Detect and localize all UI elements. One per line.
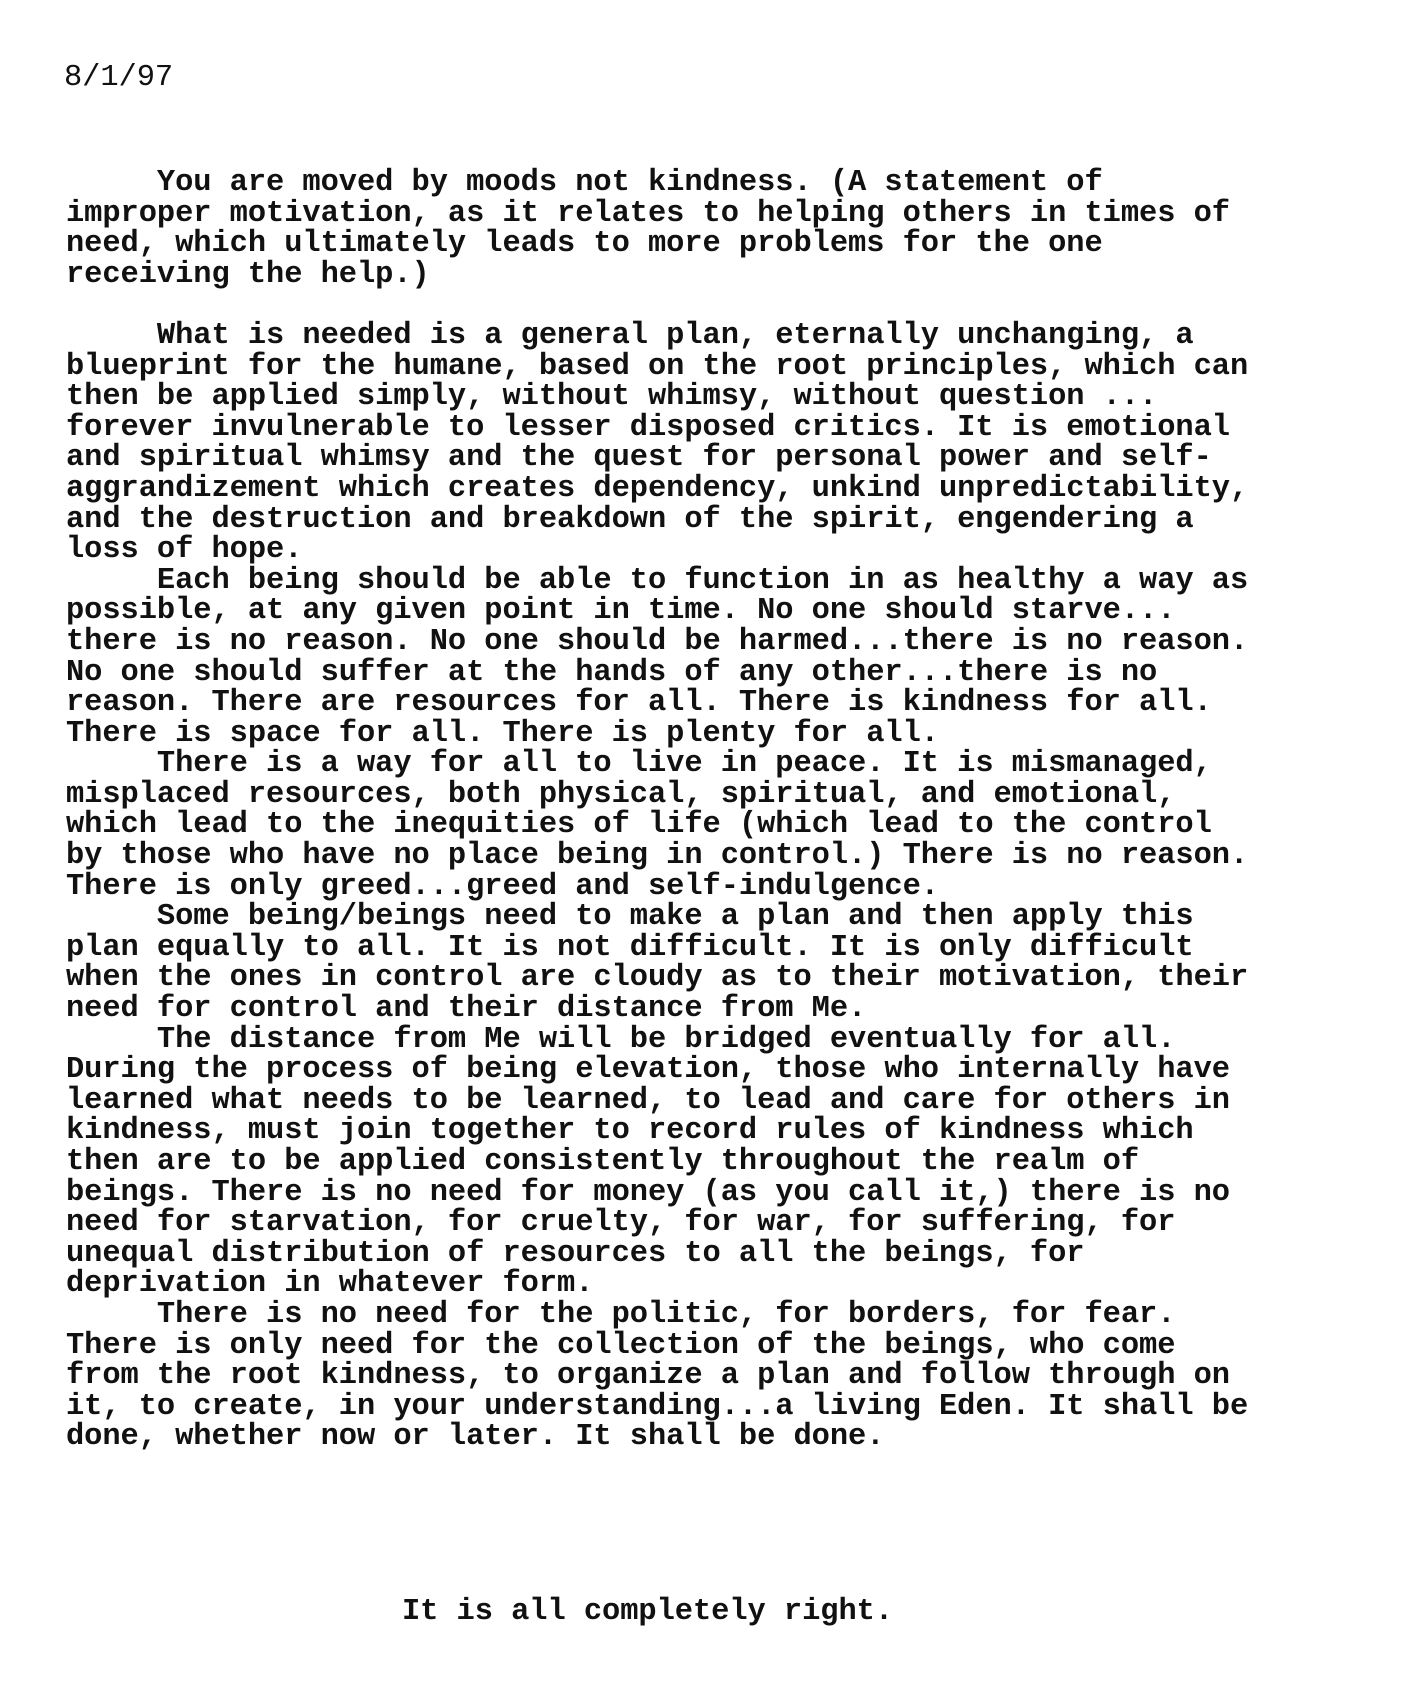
text-line: There is space for all. There is plenty … [66,719,1406,750]
text-line: improper motivation, as it relates to he… [66,199,1406,230]
text-line: You are moved by moods not kindness. (A … [66,168,1406,199]
text-line: The distance from Me will be bridged eve… [66,1025,1406,1056]
text-line: need for control and their distance from… [66,994,1406,1025]
text-line: and the destruction and breakdown of the… [66,505,1406,536]
paragraph: Some being/beings need to make a plan an… [66,902,1406,1024]
text-line: deprivation in whatever form. [66,1269,1406,1300]
text-line: possible, at any given point in time. No… [66,596,1406,627]
text-line: when the ones in control are cloudy as t… [66,963,1406,994]
text-line: need for starvation, for cruelty, for wa… [66,1208,1406,1239]
text-line: then be applied simply, without whimsy, … [66,382,1406,413]
text-line: receiving the help.) [66,260,1406,291]
text-line: forever invulnerable to lesser disposed … [66,413,1406,444]
text-line: There is only need for the collection of… [66,1331,1406,1362]
paragraph: There is a way for all to live in peace.… [66,749,1406,902]
document-date: 8/1/97 [64,60,173,96]
text-line: aggrandizement which creates dependency,… [66,474,1406,505]
text-line: blueprint for the humane, based on the r… [66,352,1406,383]
text-line: reason. There are resources for all. The… [66,688,1406,719]
text-line: During the process of being elevation, t… [66,1055,1406,1086]
text-line: then are to be applied consistently thro… [66,1147,1406,1178]
paragraph: You are moved by moods not kindness. (A … [66,168,1406,290]
paragraph: What is needed is a general plan, eterna… [66,321,1406,566]
paragraph-gap [66,290,1406,321]
text-line: beings. There is no need for money (as y… [66,1178,1406,1209]
text-line: done, whether now or later. It shall be … [66,1422,1406,1453]
text-line: which lead to the inequities of life (wh… [66,810,1406,841]
closing-statement: It is all completely right. [402,1594,893,1630]
text-line: misplaced resources, both physical, spir… [66,780,1406,811]
text-line: by those who have no place being in cont… [66,841,1406,872]
text-line: and spiritual whimsy and the quest for p… [66,443,1406,474]
text-line: need, which ultimately leads to more pro… [66,229,1406,260]
text-line: There is a way for all to live in peace.… [66,749,1406,780]
text-line: What is needed is a general plan, eterna… [66,321,1406,352]
text-line: from the root kindness, to organize a pl… [66,1361,1406,1392]
text-line: loss of hope. [66,535,1406,566]
paragraph: Each being should be able to function in… [66,566,1406,750]
text-line: plan equally to all. It is not difficult… [66,933,1406,964]
text-line: kindness, must join together to record r… [66,1116,1406,1147]
text-line: learned what needs to be learned, to lea… [66,1086,1406,1117]
document-page: 8/1/97 You are moved by moods not kindne… [0,0,1428,1698]
paragraph: The distance from Me will be bridged eve… [66,1025,1406,1300]
paragraph: There is no need for the politic, for bo… [66,1300,1406,1453]
text-line: No one should suffer at the hands of any… [66,658,1406,689]
document-body: You are moved by moods not kindness. (A … [66,168,1406,1453]
text-line: There is only greed...greed and self-ind… [66,872,1406,903]
text-line: There is no need for the politic, for bo… [66,1300,1406,1331]
text-line: unequal distribution of resources to all… [66,1239,1406,1270]
text-line: it, to create, in your understanding...a… [66,1392,1406,1423]
text-line: there is no reason. No one should be har… [66,627,1406,658]
text-line: Each being should be able to function in… [66,566,1406,597]
text-line: Some being/beings need to make a plan an… [66,902,1406,933]
